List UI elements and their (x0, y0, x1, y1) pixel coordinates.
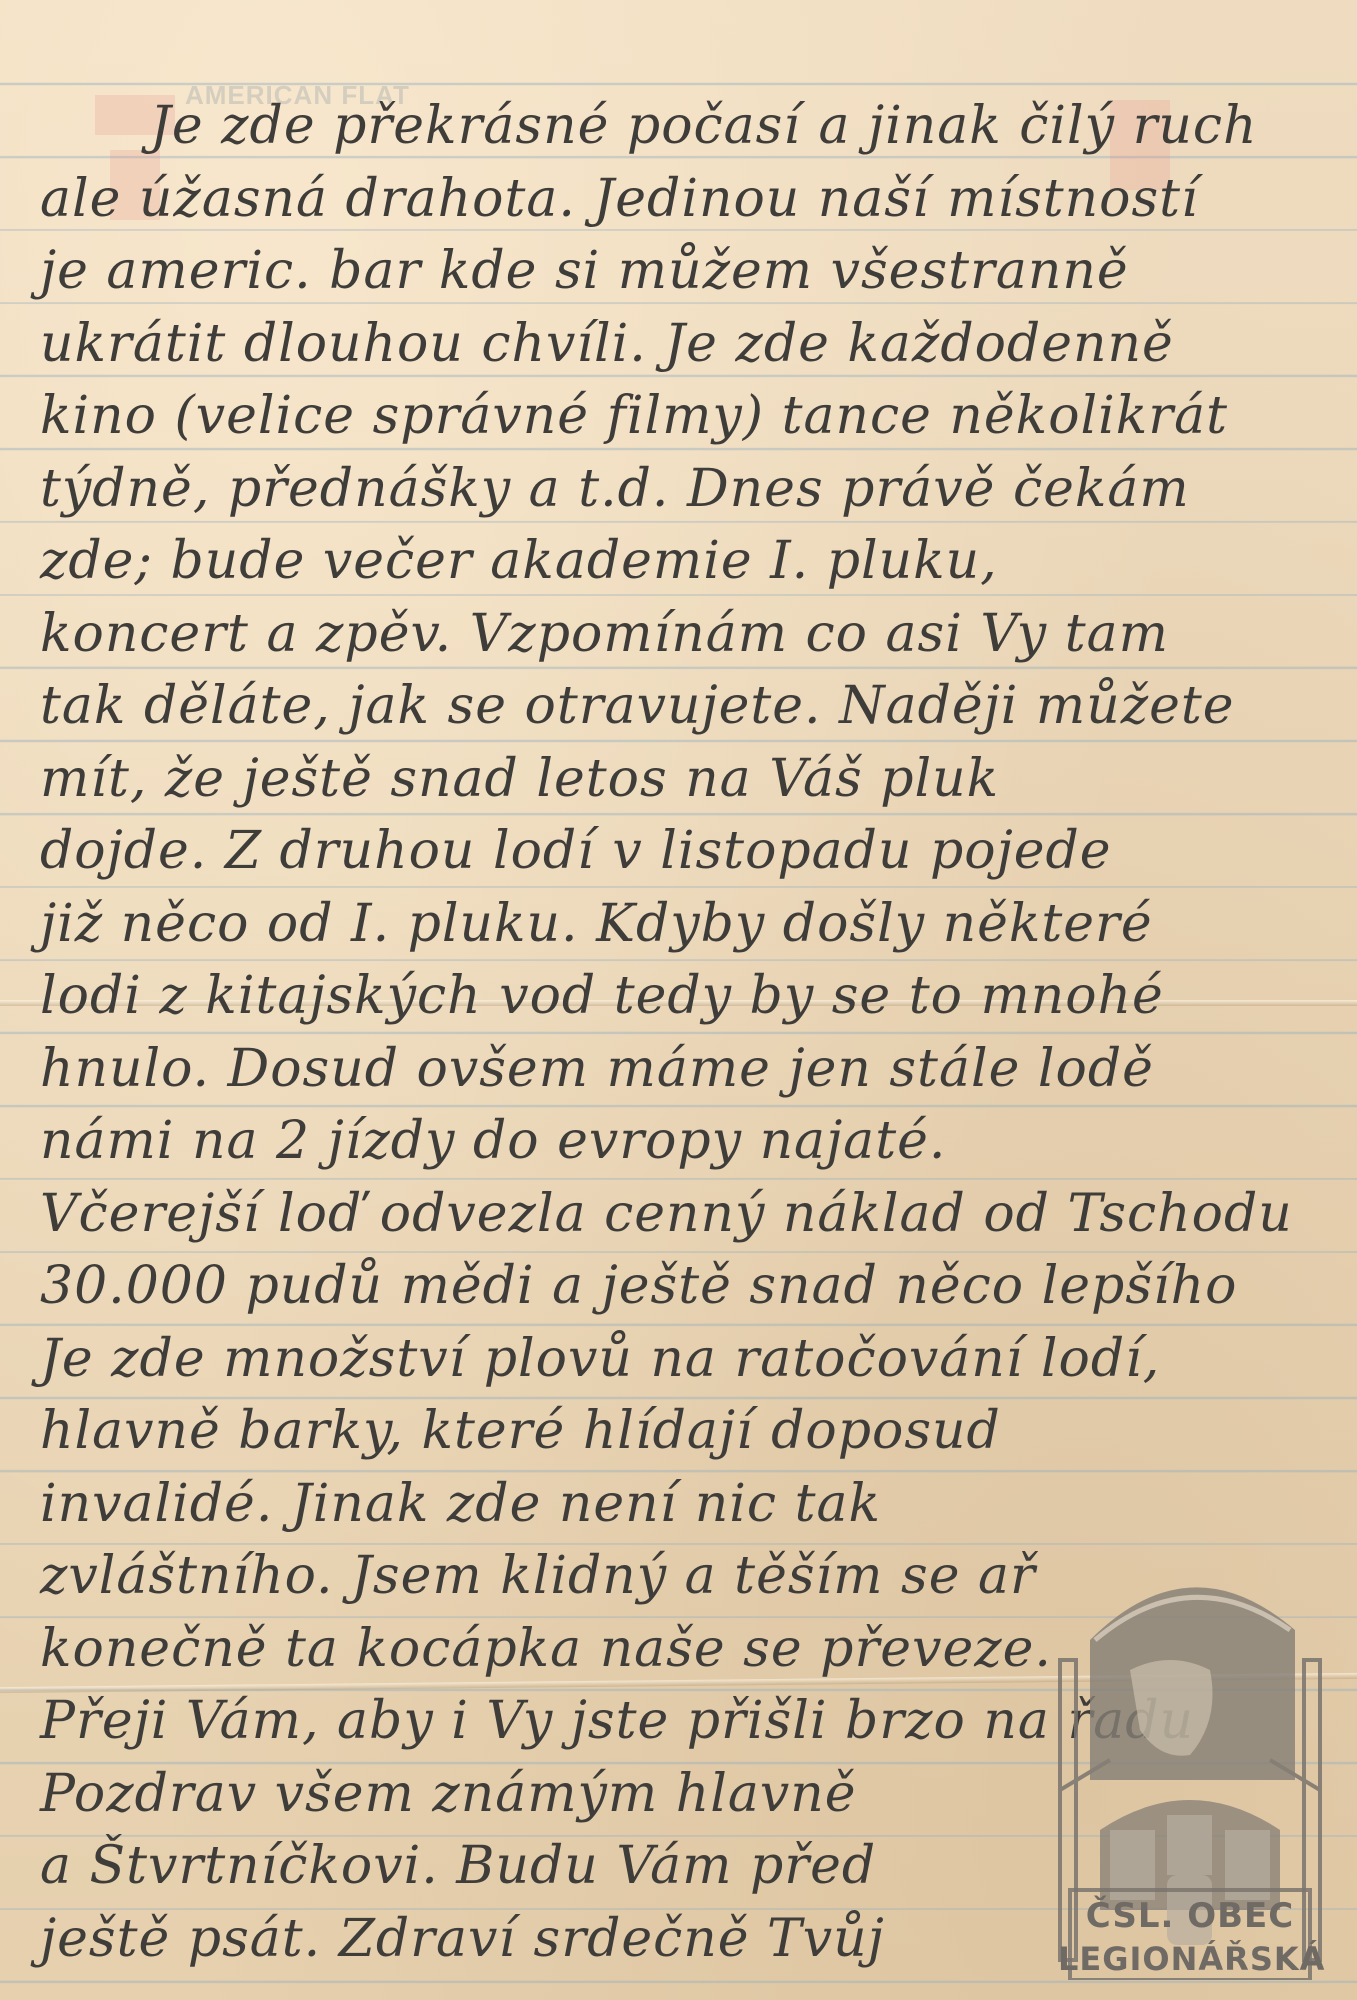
letter-line: hnulo. Dosud ovšem máme jen stále lodě (40, 1033, 1340, 1106)
letter-line: je americ. bar kde si můžem všestranně (40, 235, 1340, 308)
letter-line: námi na 2 jízdy do evropy najaté. (40, 1105, 1340, 1178)
letter-line: 30.000 pudů mědi a ještě snad něco lepší… (40, 1250, 1340, 1323)
stamp-label-line2: LEGIONÁŘSKÁ (1058, 1940, 1322, 1978)
letter-line: dojde. Z druhou lodí v listopadu pojede (40, 815, 1340, 888)
letter-line: ukrátit dlouhou chvíli. Je zde každodenn… (40, 308, 1340, 381)
letter-line: lodi z kitajských vod tedy by se to mnoh… (40, 960, 1340, 1033)
letter-line: Včerejší loď odvezla cenný náklad od Tsc… (40, 1178, 1340, 1251)
letter-line: týdně, přednášky a t.d. Dnes právě čekám (40, 453, 1340, 526)
letter-line: tak děláte, jak se otravujete. Naději mů… (40, 670, 1340, 743)
stamp-label-line1: ČSL. OBEC (1058, 1896, 1322, 1936)
letter-line: Je zde množství plovů na ratočování lodí… (40, 1323, 1340, 1396)
letter-line: kino (velice správné filmy) tance několi… (40, 380, 1340, 453)
letter-line: Je zde překrásné počasí a jinak čilý ruc… (40, 90, 1340, 163)
letter-page: AMERICAN FLAT Je zde překrásné počasí a … (0, 0, 1357, 2000)
letter-line: koncert a zpěv. Vzpomínám co asi Vy tam (40, 598, 1340, 671)
letter-line: mít, že ještě snad letos na Váš pluk (40, 743, 1340, 816)
letter-line: zde; bude večer akademie I. pluku, (40, 525, 1340, 598)
letter-line: již něco od I. pluku. Kdyby došly někter… (40, 888, 1340, 961)
letter-line: hlavně barky, které hlídají doposud (40, 1395, 1340, 1468)
letter-line: ale úžasná drahota. Jedinou naší místnos… (40, 163, 1340, 236)
